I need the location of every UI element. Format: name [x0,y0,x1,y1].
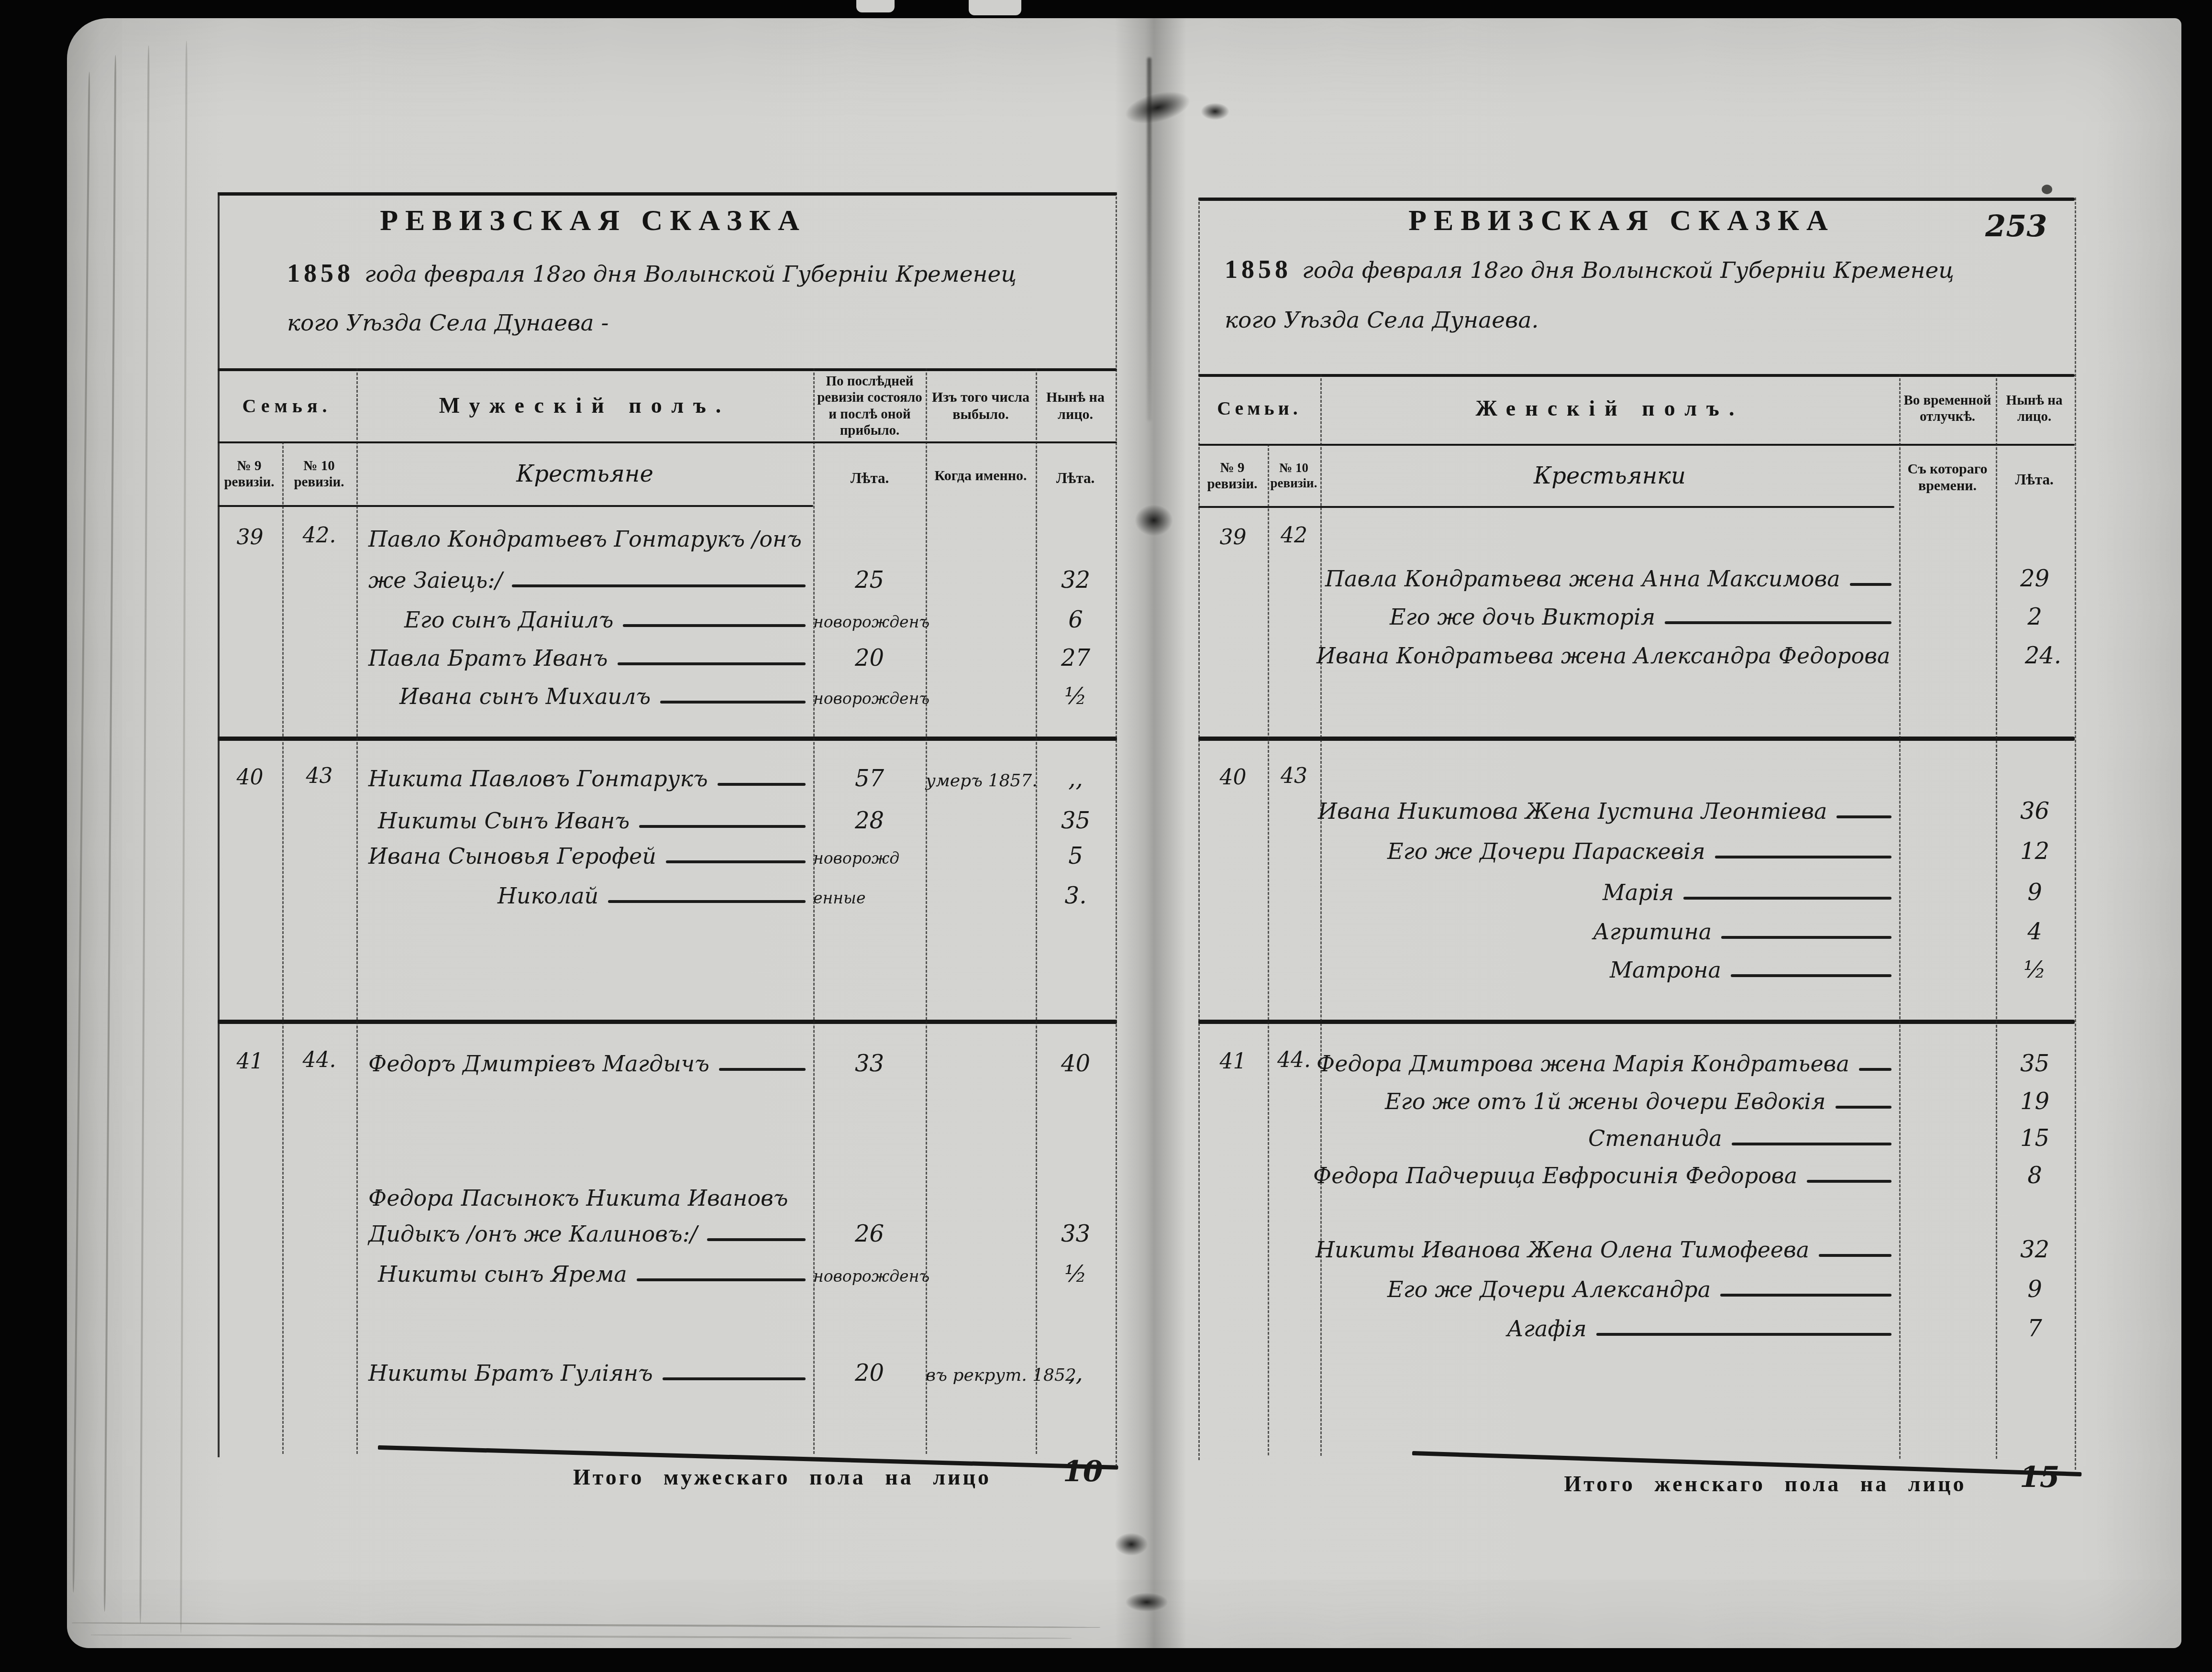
person-name: Павла Братъ Иванъ [368,645,608,671]
filler-line [618,662,806,665]
census-row: же Заіець:/ 25 32 [368,567,1116,594]
census-row: Федора Пасынокъ Никита Ивановъ [368,1185,1116,1211]
person-name: Николай [498,883,598,909]
census-row: Никиты Иванова Жена Олена Тимофеева 32 [1316,1236,2074,1263]
age-now: 15 [1996,1125,2074,1152]
age-now: 33 [1036,1221,1116,1247]
family-number: 44. [1268,1048,1320,1072]
census-row: Никиты Сынъ Иванъ 28 35 [378,807,1116,834]
census-row: Ивана Сыновья Герофей новорожд 5 [368,843,1116,869]
person-name: Павло Кондратьевъ Гонтарукъ /онъ [368,526,802,552]
ink-stain [1115,1533,1148,1556]
age-now: ,, [1036,1360,1116,1386]
filler-line [1836,1106,1891,1109]
filler-line [512,584,806,587]
family-number: 43 [1268,764,1320,788]
grid-line [1268,444,1269,1455]
filler-line [1732,1143,1891,1145]
column-header-age-now: Лѣта. [1997,458,2071,501]
filler-line [718,783,806,786]
census-row: Степанида 15 [1588,1125,2074,1152]
census-row: Агафія 7 [1507,1315,2074,1342]
age-now: 3. [1036,882,1116,909]
filler-line [639,825,806,828]
census-row: Николай енные 3. [498,882,1116,909]
date-line-text: года февраля 18го дня Волынской Губерніи… [1302,257,1954,284]
age-now: 35 [1996,1050,2074,1077]
grid-line [218,441,1117,443]
section-separator [1198,1020,2075,1024]
census-row: Агритина 4 [1593,918,2074,945]
column-header-peasants: Крестьяне [356,445,813,503]
column-header-family: Семья. [218,371,356,440]
section-separator [1198,737,2075,741]
census-row: Его же Дочери Параскевія 12 [1387,838,2074,865]
census-row: Его же Дочери Александра 9 [1387,1276,2074,1303]
family-number: 44. [282,1048,356,1072]
age-last-revision: 25 [813,567,926,594]
family-number: 41 [218,1049,282,1074]
person-name: Ивана Сыновья Герофей [368,843,656,869]
column-header-when: Когда именно. [927,452,1034,500]
person-name: Ивана сынъ Михаилъ [399,683,651,709]
census-row: Павло Кондратьевъ Гонтарукъ /онъ [368,526,1116,552]
age-now: 9 [1996,879,2074,906]
census-row: Дидыкъ /онъ же Калиновъ:/ 26 33 [368,1221,1116,1247]
page-title: РЕВИЗСКАЯ СКАЗКА [1359,204,1885,238]
person-name: Федора Падчерица Евфросинія Федорова [1313,1163,1797,1188]
census-row: Ивана сынъ Михаилъ новорожденъ ½ [399,683,1116,710]
filler-line [660,701,806,704]
person-name: Никиты Братъ Гуліянъ [368,1360,653,1386]
age-now: 7 [1996,1315,2074,1342]
departure-note: умеръ 1857. [926,771,1036,791]
family-number: 39 [218,525,282,550]
filler-line [1683,897,1891,900]
paper-tear [856,0,895,12]
year-value: 1858 [1225,255,1292,284]
age-now: 35 [1036,807,1116,834]
census-row: Федора Дмитрова жена Марія Кондратьева 3… [1316,1050,2074,1077]
census-row: Ивана Никитова Жена Іустина Леонтіева 36 [1318,798,2074,825]
age-last-revision: новорожд [813,849,926,868]
total-male-value: 10 [1063,1455,1103,1488]
grid-line [2075,198,2076,1470]
scanned-photo: РЕВИЗСКАЯ СКАЗКА 1858года февраля 18го д… [0,0,2212,1672]
age-last-revision: 26 [813,1221,926,1247]
age-now: 27 [1036,645,1116,671]
family-number: 42 [1268,523,1320,548]
census-row: Никиты Братъ Гуліянъ 20 въ рекрут. 1852 … [368,1360,1116,1386]
grid-line [218,505,813,507]
page-number: 253 [1985,209,2047,243]
person-name: Его же отъ 1й жены дочери Евдокія [1385,1089,1826,1114]
age-last-revision: новорожденъ [813,1267,926,1286]
person-name: Агритина [1593,919,1712,945]
person-name: Федора Пасынокъ Никита Ивановъ [368,1185,788,1211]
column-header-revision9: № 9 ревизіи. [1198,447,1266,505]
age-last-revision: енные [813,889,926,907]
filler-line [1596,1333,1891,1336]
filler-line [1715,856,1891,858]
paper-tear [969,0,1021,15]
age-now: 29 [1996,565,2074,592]
age-last-revision: 57 [813,765,926,792]
grid-line [1320,374,1322,1456]
person-name: Павла Кондратьева жена Анна Максимова [1325,566,1840,592]
census-row: Федоръ Дмитріевъ Магдычъ 33 40 [368,1050,1116,1077]
ink-stain [1135,505,1173,536]
column-header-family: Семьи. [1198,377,1320,440]
family-number: 40 [218,765,282,790]
person-name: Дидыкъ /онъ же Калиновъ:/ [368,1221,697,1247]
column-header-now: Нынѣ на лицо. [1037,371,1114,440]
filler-line [663,1377,806,1380]
filler-line [637,1278,806,1281]
age-last-revision: 20 [813,1360,926,1386]
census-row: Павла Кондратьева жена Анна Максимова 29 [1325,565,2074,592]
column-header-prev-revision: По послѣдней ревизіи состояло и послѣ он… [815,371,925,440]
age-last-revision: 20 [813,645,926,671]
age-now: 2 [1996,604,2074,630]
census-row: Его же дочь Викторія 2 [1390,604,2074,630]
column-header-peasants: Крестьянки [1320,447,1899,505]
family-number: 40 [1198,765,1268,790]
family-number: 42. [282,523,356,548]
age-now: 32 [1036,567,1116,594]
column-header-revision10: № 10 ревизіи. [283,445,355,503]
age-now: 12 [1996,838,2074,865]
grid-line [282,441,284,1454]
column-header-age-now: Лѣта. [1037,457,1114,500]
section-separator [218,1020,1117,1024]
date-line-text: года февраля 18го дня Волынской Губерніи… [365,261,1017,287]
person-name: Никиты сынъ Ярема [378,1261,627,1287]
grid-line [1198,506,1894,508]
age-now: 4 [1996,918,2074,945]
age-last-revision: 33 [813,1050,926,1077]
column-header-male: Мужескій полъ. [356,371,813,440]
date-line-2: кого Уѣзда Села Дунаева. [1225,307,1538,333]
census-row: Никиты сынъ Ярема новорожденъ ½ [378,1261,1116,1287]
age-now: 36 [1996,798,2074,825]
census-row: Ивана Кондратьева жена Александра Федоро… [1316,642,2074,669]
filler-line [1819,1254,1891,1257]
date-line-2: кого Уѣзда Села Дунаева - [287,310,608,336]
census-row: Никита Павловъ Гонтарукъ 57 умеръ 1857. … [368,765,1116,792]
age-now: ½ [1996,957,2074,983]
family-number: 43 [282,764,356,788]
age-now: 9 [1996,1276,2074,1303]
column-header-away: Во временной отлучкѣ. [1901,377,1994,440]
census-row: Матрона ½ [1610,957,2074,983]
filler-line [719,1068,806,1071]
person-name: Степанида [1588,1125,1722,1151]
column-header-revision9: № 9 ревизіи. [218,445,281,503]
age-last-revision: новорожденъ [813,613,926,631]
person-name: Марія [1603,880,1674,905]
filler-line [666,860,806,863]
person-name: Федора Дмитрова жена Марія Кондратьева [1316,1051,1849,1077]
year-value: 1858 [287,259,354,287]
age-now: 24. [2004,642,2082,669]
person-name: Никита Павловъ Гонтарукъ [368,766,708,792]
family-number: 41 [1198,1049,1268,1074]
age-now: ½ [1036,1261,1116,1287]
section-separator [218,737,1117,741]
person-name: Его сынъ Даніилъ [404,607,613,633]
person-name: Ивана Никитова Жена Іустина Леонтіева [1318,798,1827,824]
person-name: Ивана Кондратьева жена Александра Федоро… [1316,643,1890,669]
filler-line [1859,1068,1891,1071]
column-header-revision10: № 10 ревизіи. [1269,447,1319,505]
filler-line [1807,1180,1891,1183]
person-name: Матрона [1610,957,1721,983]
census-row: Его же отъ 1й жены дочери Евдокія 19 [1385,1088,2074,1115]
column-header-departed: Изъ того числа выбыло. [927,371,1034,440]
person-name: Никиты Сынъ Иванъ [378,808,630,834]
filler-line [608,900,806,903]
column-header-now: Нынѣ на лицо. [1997,377,2071,440]
grid-line [1198,198,2075,201]
age-now: 8 [1996,1162,2074,1189]
person-name: Его же дочь Викторія [1390,604,1655,630]
age-last-revision: новорожденъ [813,689,926,708]
filler-line [1721,936,1891,939]
column-header-since: Съ котораго времени. [1901,453,1994,501]
age-now: 5 [1036,843,1116,869]
census-row: Его сынъ Даніилъ новорожденъ 6 [404,606,1116,633]
date-line: 1858года февраля 18го дня Волынской Губе… [1225,254,1954,284]
age-now: ,, [1036,765,1116,792]
total-male-label: Итого мужескаго пола на лицо [517,1464,1048,1490]
census-row: Федора Падчерица Евфросинія Федорова 8 [1313,1162,2074,1189]
person-name: Его же Дочери Параскевія [1387,838,1705,864]
person-name: же Заіець:/ [368,567,502,593]
page-title: РЕВИЗСКАЯ СКАЗКА [330,204,856,238]
grid-line [218,192,1117,196]
census-row: Марія 9 [1603,879,2074,906]
age-now: 6 [1036,606,1116,633]
person-name: Его же Дочери Александра [1387,1276,1711,1302]
filler-line [707,1238,806,1241]
total-female-label: Итого женскаго пола на лицо [1524,1471,2007,1496]
age-now: 19 [1996,1088,2074,1115]
departure-note: въ рекрут. 1852 [926,1365,1036,1385]
family-number: 39 [1198,525,1268,550]
age-last-revision: 28 [813,807,926,834]
filler-line [1731,974,1891,977]
total-female-value: 15 [2020,1461,2060,1494]
age-now: ½ [1036,683,1116,710]
ink-dot [2042,185,2052,194]
filler-line [1720,1294,1891,1297]
person-name: Никиты Иванова Жена Олена Тимофеева [1316,1237,1809,1263]
filler-line [1836,815,1891,818]
age-now: 32 [1996,1236,2074,1263]
person-name: Агафія [1507,1316,1587,1342]
grid-line [1198,444,2075,446]
person-name: Федоръ Дмитріевъ Магдычъ [368,1051,709,1077]
grid-line [1116,192,1117,1467]
filler-line [623,624,806,627]
filler-line [1850,583,1891,586]
ink-stain [1125,1593,1168,1612]
filler-line [1665,621,1891,624]
column-header-age-prev: Лѣта. [815,457,925,500]
date-line: 1858года февраля 18го дня Волынской Губе… [287,258,1017,288]
ink-stain [1201,103,1229,120]
census-row: Павла Братъ Иванъ 20 27 [368,645,1116,671]
age-now: 40 [1036,1050,1116,1077]
grid-line [356,368,358,1454]
column-header-female: Женскій полъ. [1320,377,1899,440]
